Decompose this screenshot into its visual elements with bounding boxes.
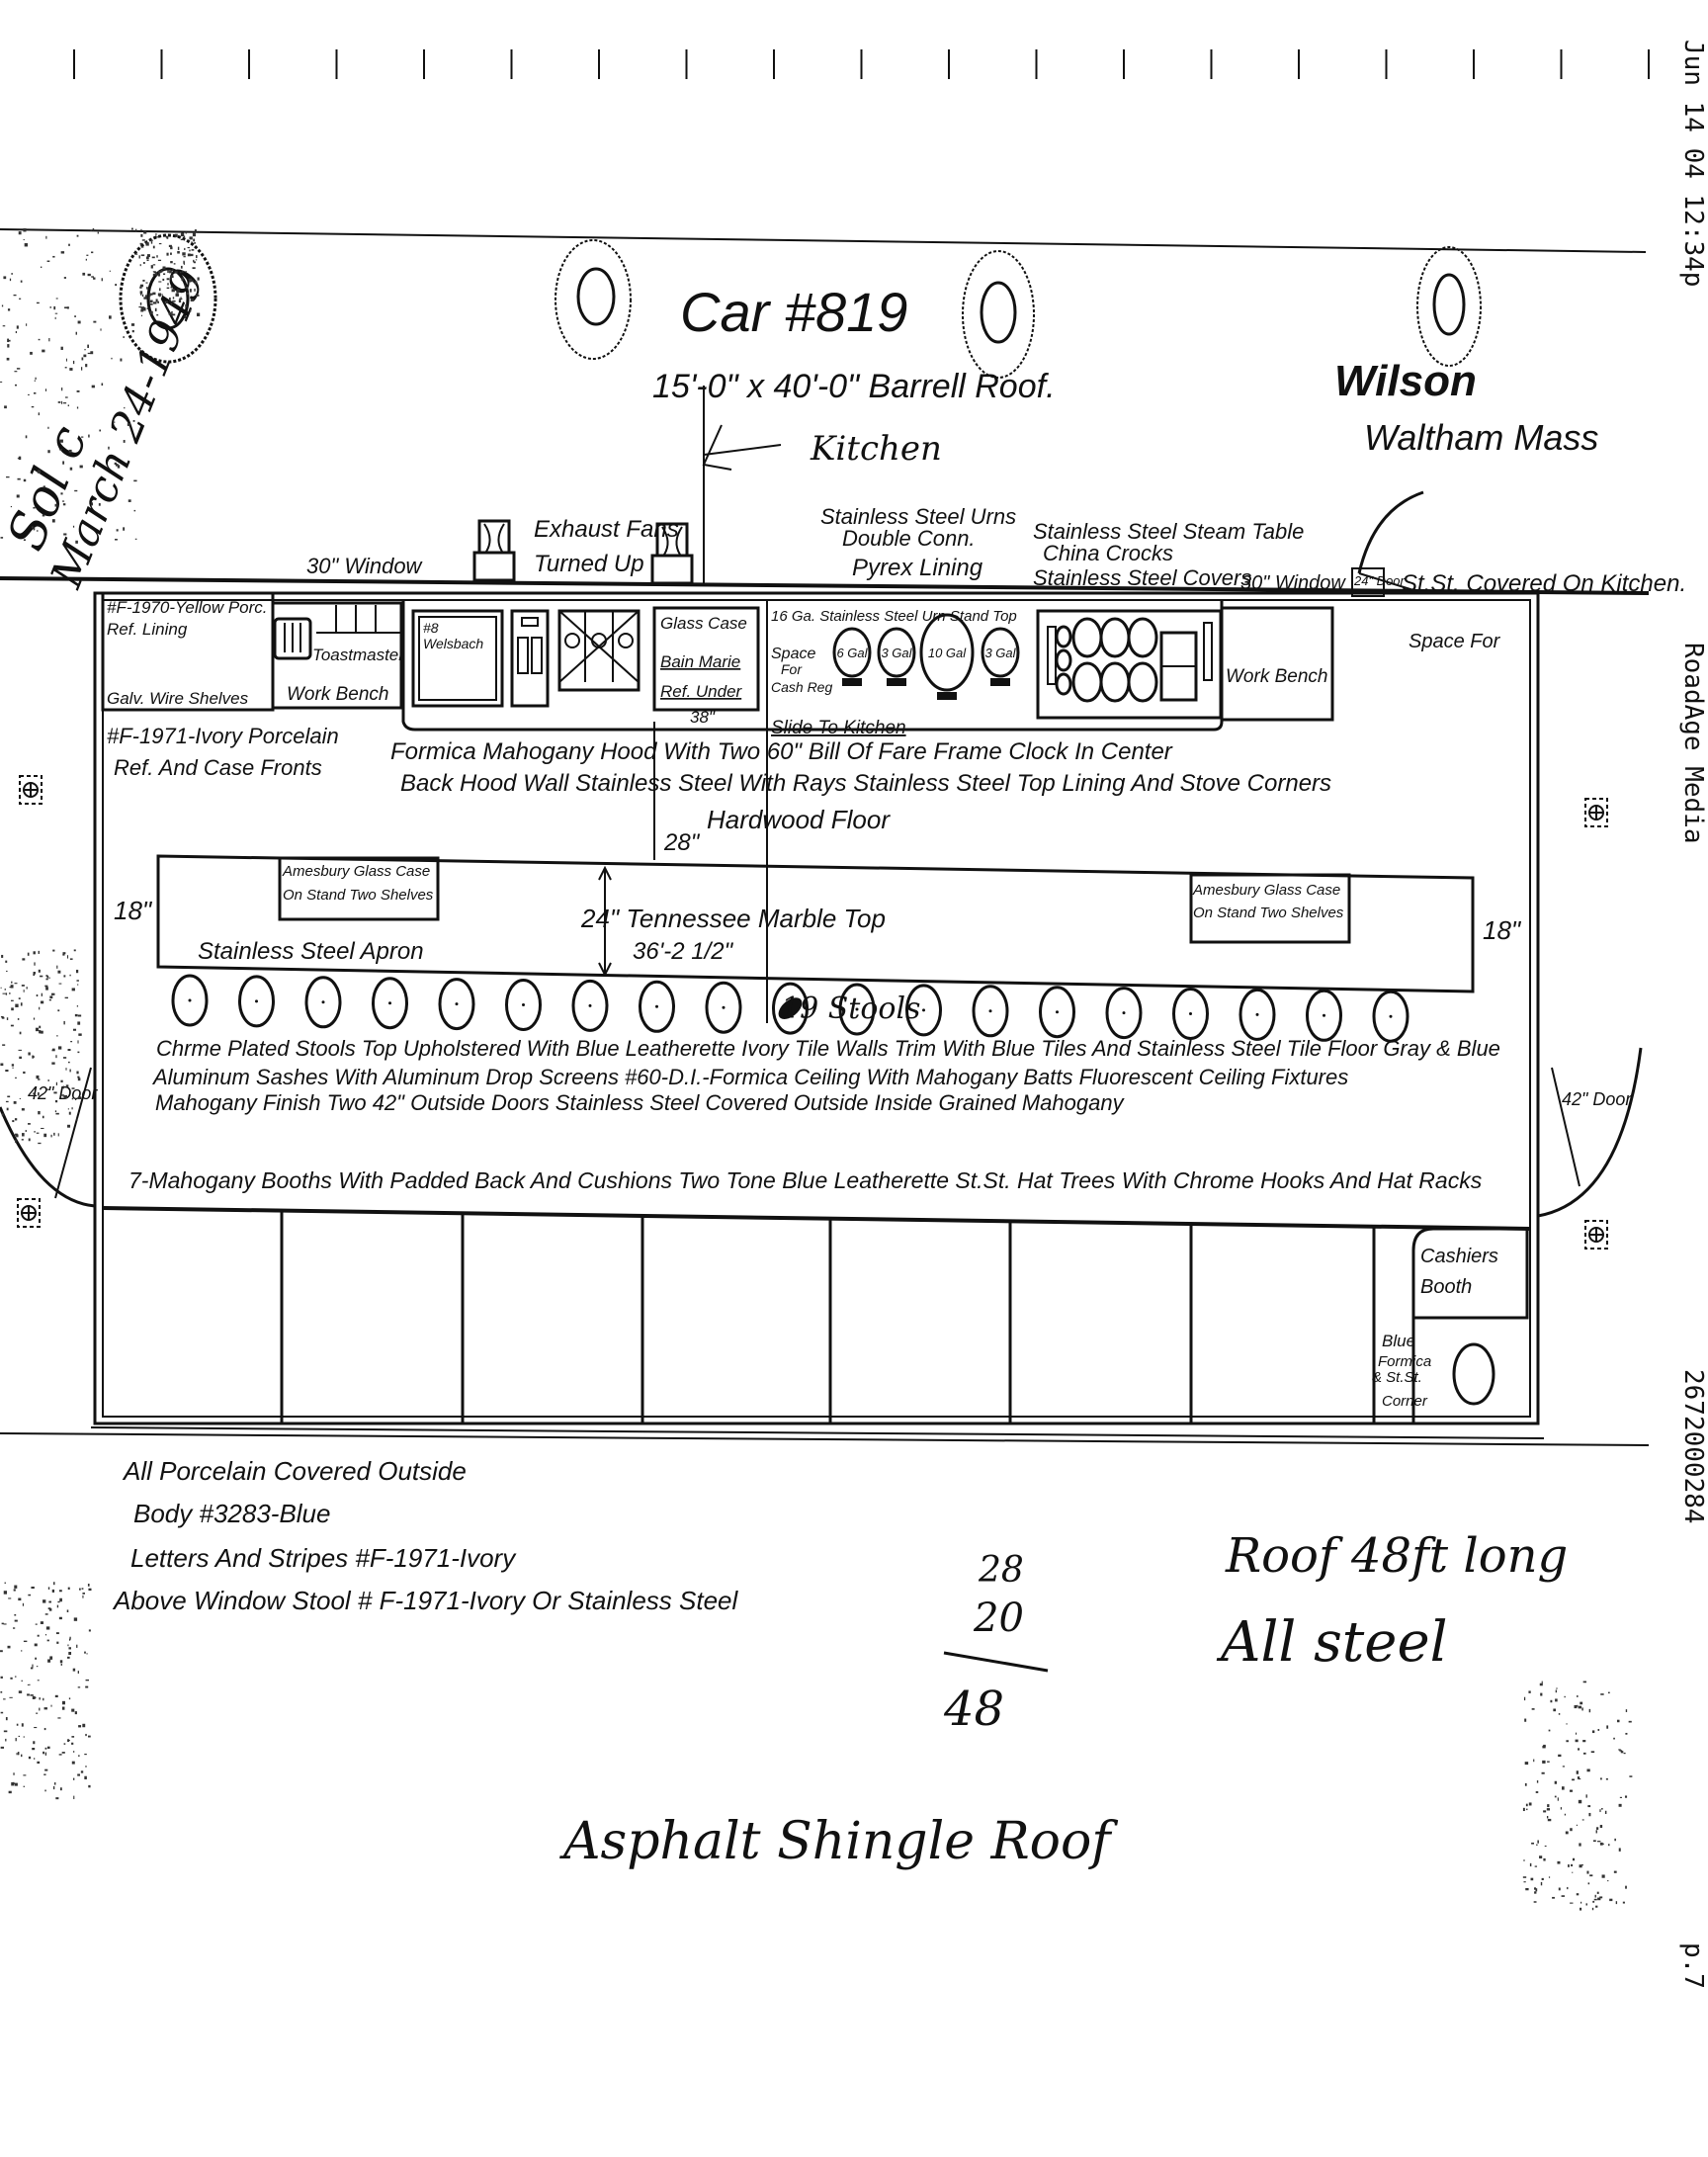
crock-icon bbox=[1101, 619, 1129, 656]
apron-label: Stainless Steel Apron bbox=[198, 938, 424, 965]
svg-text:Space: Space bbox=[771, 646, 815, 662]
coffee-urns: 6 Gal3 Gal10 Gal3 Gal bbox=[834, 615, 1018, 700]
hood-note: Formica Mahogany Hood With Two 60" Bill … bbox=[390, 738, 1173, 765]
stool-icon bbox=[573, 981, 607, 1030]
svg-text:28: 28 bbox=[978, 1550, 1024, 1591]
right-door: 42" Door bbox=[1538, 1048, 1641, 1216]
stool-icon bbox=[1107, 989, 1141, 1038]
svg-text:Bain Marie: Bain Marie bbox=[660, 652, 740, 671]
booths-row bbox=[103, 1208, 1530, 1424]
urn-icon: 10 Gal bbox=[921, 615, 973, 700]
crock-icon bbox=[1073, 619, 1101, 656]
hood-note-2: Back Hood Wall Stainless Steel With Rays… bbox=[400, 770, 1331, 797]
svg-text:For: For bbox=[781, 661, 803, 677]
registration-target-icon bbox=[1585, 799, 1607, 826]
crock-icon bbox=[1129, 663, 1156, 701]
dim-18-left: 18" bbox=[114, 896, 153, 925]
svg-text:Galv. Wire Shelves: Galv. Wire Shelves bbox=[107, 689, 249, 708]
stool-icon bbox=[1240, 990, 1274, 1039]
svg-text:Cashiers: Cashiers bbox=[1420, 1246, 1498, 1267]
svg-text:#F-1970-Yellow Porc.: #F-1970-Yellow Porc. bbox=[107, 598, 268, 617]
marble-top-label: 24" Tennessee Marble Top bbox=[580, 904, 886, 933]
svg-text:On Stand Two Shelves: On Stand Two Shelves bbox=[1193, 905, 1344, 921]
perforation-marks bbox=[74, 49, 1649, 79]
registration-target-icon bbox=[18, 1199, 40, 1227]
asphalt-roof-note: Asphalt Shingle Roof bbox=[559, 1812, 1118, 1871]
registration-target-icon bbox=[20, 776, 42, 804]
work-bench-right bbox=[1222, 608, 1332, 720]
svg-text:Corner: Corner bbox=[1382, 1393, 1428, 1410]
crock-icon bbox=[1101, 663, 1129, 701]
handwritten-sum: 28 20 48 bbox=[943, 1550, 1048, 1737]
svg-text:Cash Reg: Cash Reg bbox=[771, 679, 832, 695]
svg-text:Work Bench: Work Bench bbox=[287, 684, 388, 705]
stool-icon bbox=[173, 976, 207, 1025]
urn-icon: 6 Gal bbox=[834, 629, 870, 686]
exterior-note-2: Body #3283-Blue bbox=[133, 1499, 330, 1528]
builder-name: Wilson bbox=[1334, 357, 1477, 405]
exhaust-fan-icon bbox=[474, 521, 514, 580]
exterior-note-3: Letters And Stripes #F-1971-Ivory bbox=[130, 1543, 517, 1573]
spec-line-2: Aluminum Sashes With Aluminum Drop Scree… bbox=[151, 1065, 1348, 1089]
svg-text:6 Gal: 6 Gal bbox=[836, 646, 868, 660]
space-for-label: Space For bbox=[1409, 631, 1501, 652]
stools-count-note: 19 Stools bbox=[781, 992, 920, 1026]
svg-text:42" Door: 42" Door bbox=[1562, 1089, 1632, 1109]
ivory-porcelain-note-2: Ref. And Case Fronts bbox=[114, 755, 322, 780]
car-dimensions: 15'-0" x 40'-0" Barrell Roof. bbox=[652, 368, 1056, 405]
steam-table-label-2: China Crocks bbox=[1043, 541, 1173, 565]
left-door: 42" Door bbox=[0, 1068, 98, 1206]
exhaust-fans-label-2: Turned Up bbox=[534, 551, 644, 577]
kitchen-arrow: Kitchen bbox=[704, 386, 942, 583]
crock-icon bbox=[1057, 650, 1070, 670]
counter: Amesbury Glass Case On Stand Two Shelves… bbox=[114, 856, 1522, 992]
stool-icon bbox=[640, 982, 674, 1031]
svg-text:& St.St.: & St.St. bbox=[1372, 1369, 1422, 1386]
stool-icon bbox=[1174, 990, 1208, 1039]
fax-phone: 2672000284 bbox=[1678, 1369, 1708, 1524]
roof-vent-icon bbox=[963, 251, 1034, 378]
stool-icon bbox=[974, 987, 1007, 1036]
stool-icon bbox=[440, 980, 473, 1029]
fax-datetime: Jun 14 04 12:34p bbox=[1678, 40, 1708, 287]
stool-icon bbox=[240, 977, 274, 1026]
roof-vent-icon bbox=[1417, 247, 1481, 366]
svg-text:3 Gal: 3 Gal bbox=[881, 646, 912, 660]
fax-sender: RoadAge Media bbox=[1678, 643, 1708, 844]
exterior-note-1: All Porcelain Covered Outside bbox=[122, 1456, 467, 1486]
all-steel-note: All steel bbox=[1216, 1610, 1448, 1675]
svg-text:Amesbury Glass Case: Amesbury Glass Case bbox=[282, 863, 430, 880]
svg-text:Toastmaster: Toastmaster bbox=[312, 646, 405, 664]
crock-icon bbox=[1057, 674, 1070, 694]
stool-icon bbox=[707, 983, 740, 1032]
builder-location: Waltham Mass bbox=[1364, 417, 1598, 458]
crock-icon bbox=[1057, 627, 1070, 647]
urn-icon: 3 Gal bbox=[879, 629, 914, 686]
crock-icon bbox=[1073, 663, 1101, 701]
handwritten-date-note: Sol c March 24-1949 bbox=[0, 241, 214, 596]
svg-text:38": 38" bbox=[690, 708, 716, 727]
svg-text:Blue: Blue bbox=[1382, 1332, 1415, 1350]
exhaust-fans-label: Exhaust Fans bbox=[534, 516, 679, 543]
svg-text:24" Door: 24" Door bbox=[1353, 573, 1406, 588]
crock-icon bbox=[1129, 619, 1156, 656]
stool-icon bbox=[507, 981, 541, 1030]
roof-vent-icon bbox=[555, 240, 631, 359]
svg-text:Booth: Booth bbox=[1420, 1276, 1472, 1298]
fax-header: Jun 14 04 12:34p RoadAge Media 267200028… bbox=[1678, 40, 1708, 1989]
svg-text:Glass Case: Glass Case bbox=[660, 614, 747, 633]
svg-text:20: 20 bbox=[973, 1596, 1024, 1641]
svg-text:Ref. Lining: Ref. Lining bbox=[107, 620, 188, 639]
urns-label-2: Double Conn. bbox=[842, 526, 976, 551]
cashier-booth: Cashiers Booth Blue Formica & St.St. Cor… bbox=[1372, 1229, 1527, 1424]
svg-text:3 Gal: 3 Gal bbox=[984, 646, 1016, 660]
stool-icon bbox=[1308, 991, 1341, 1040]
stool-icon bbox=[374, 979, 407, 1028]
svg-text:#8: #8 bbox=[423, 620, 439, 636]
stool-icon bbox=[306, 978, 340, 1027]
svg-text:Work Bench: Work Bench bbox=[1226, 666, 1327, 687]
spec-line-4: 7-Mahogany Booths With Padded Back And C… bbox=[128, 1167, 1483, 1193]
stool-icon bbox=[1041, 988, 1074, 1037]
exterior-note-4: Above Window Stool # F-1971-Ivory Or Sta… bbox=[112, 1586, 738, 1615]
urn-icon: 3 Gal bbox=[982, 629, 1018, 686]
svg-text:Welsbach: Welsbach bbox=[423, 636, 483, 651]
svg-text:On Stand Two Shelves: On Stand Two Shelves bbox=[283, 887, 434, 904]
stool-icon bbox=[1374, 992, 1408, 1041]
svg-text:Kitchen: Kitchen bbox=[810, 429, 942, 469]
svg-text:48: 48 bbox=[943, 1682, 1004, 1737]
dim-18-right: 18" bbox=[1483, 915, 1522, 945]
floor-note: Hardwood Floor bbox=[707, 805, 891, 834]
svg-text:10 Gal: 10 Gal bbox=[928, 646, 967, 660]
roof-length-note: Roof 48ft long bbox=[1225, 1528, 1568, 1584]
spec-line-3: Mahogany Finish Two 42" Outside Doors St… bbox=[155, 1090, 1126, 1115]
floor-plan-drawing: Jun 14 04 12:34p RoadAge Media 267200028… bbox=[0, 0, 1708, 2157]
ivory-porcelain-note: #F-1971-Ivory Porcelain bbox=[107, 724, 339, 748]
china-crocks bbox=[1057, 619, 1156, 701]
svg-text:Amesbury Glass Case: Amesbury Glass Case bbox=[1192, 882, 1340, 899]
svg-text:Slide To Kitchen: Slide To Kitchen bbox=[771, 718, 906, 738]
svg-text:Ref. Under: Ref. Under bbox=[660, 682, 743, 701]
fax-page: p.7 bbox=[1678, 1942, 1708, 1989]
svg-text:16 Ga. Stainless Steel Urn Sta: 16 Ga. Stainless Steel Urn Stand Top bbox=[771, 608, 1017, 625]
svg-text:Formica: Formica bbox=[1378, 1353, 1431, 1370]
dimension-28: 28" bbox=[663, 829, 701, 856]
roof-line bbox=[0, 229, 1646, 252]
window-label-left: 30" Window bbox=[306, 554, 424, 578]
counter-length: 36'-2 1/2" bbox=[633, 938, 734, 965]
registration-target-icon bbox=[1585, 1221, 1607, 1249]
urns-label-3: Pyrex Lining bbox=[852, 555, 983, 581]
spec-line-1: Chrme Plated Stools Top Upholstered With… bbox=[156, 1036, 1500, 1061]
car-number-title: Car #819 bbox=[680, 281, 907, 343]
